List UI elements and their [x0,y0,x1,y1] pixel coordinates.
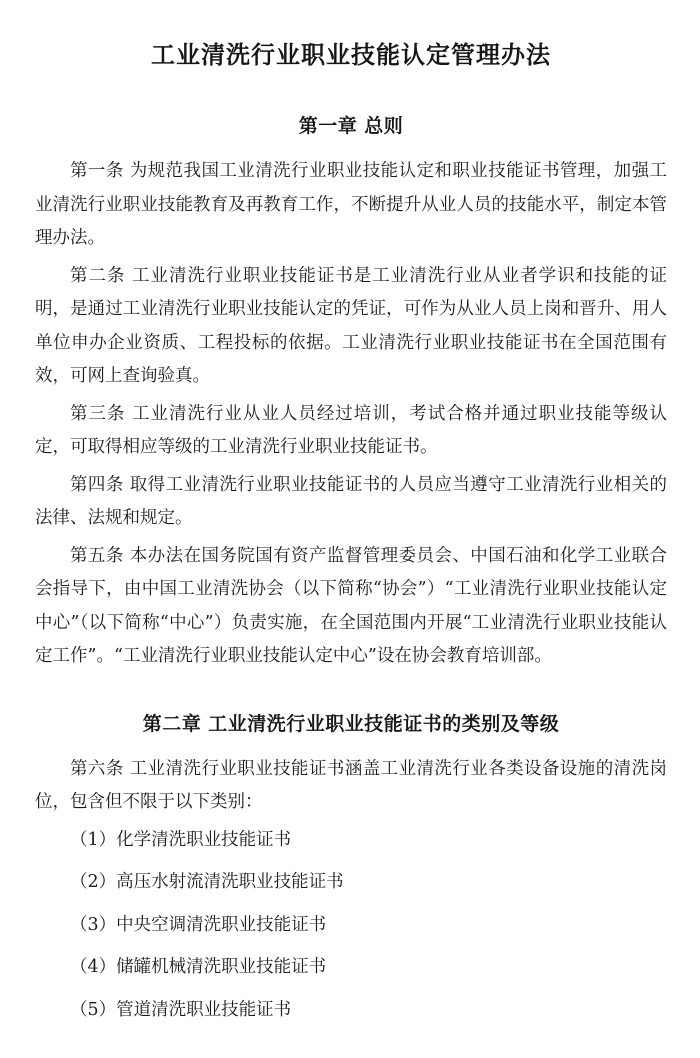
article-2-paragraph: 第二条 工业清洗行业职业技能证书是工业清洗行业从业者学识和技能的证明，是通过工业… [35,260,667,394]
article-4-paragraph: 第四条 取得工业清洗行业职业技能证书的人员应当遵守工业清洗行业相关的法律、法规和… [35,469,667,536]
certificate-type-item-5: （5）管道清洗职业技能证书 [35,994,667,1028]
document-page: 工业清洗行业职业技能认定管理办法 第一章 总则 第一条 为规范我国工业清洗行业职… [0,0,700,1058]
document-title: 工业清洗行业职业技能认定管理办法 [35,40,667,70]
certificate-type-item-2: （2）高压水射流清洗职业技能证书 [35,866,667,900]
article-6-paragraph: 第六条 工业清洗行业职业技能证书涵盖工业清洗行业各类设备设施的清洗岗位，包含但不… [35,753,667,820]
article-1-paragraph: 第一条 为规范我国工业清洗行业职业技能认定和职业技能证书管理，加强工业清洗行业职… [35,155,667,256]
chapter-2-heading: 第二章 工业清洗行业职业技能证书的类别及等级 [35,712,667,737]
certificate-type-item-3: （3）中央空调清洗职业技能证书 [35,909,667,943]
chapter-1-heading: 第一章 总则 [35,114,667,139]
certificate-type-item-1: （1）化学清洗职业技能证书 [35,824,667,858]
article-3-paragraph: 第三条 工业清洗行业从业人员经过培训，考试合格并通过职业技能等级认定，可取得相应… [35,398,667,465]
article-5-paragraph: 第五条 本办法在国务院国有资产监督管理委员会、中国石油和化学工业联合会指导下，由… [35,540,667,674]
certificate-type-item-4: （4）储罐机械清洗职业技能证书 [35,951,667,985]
